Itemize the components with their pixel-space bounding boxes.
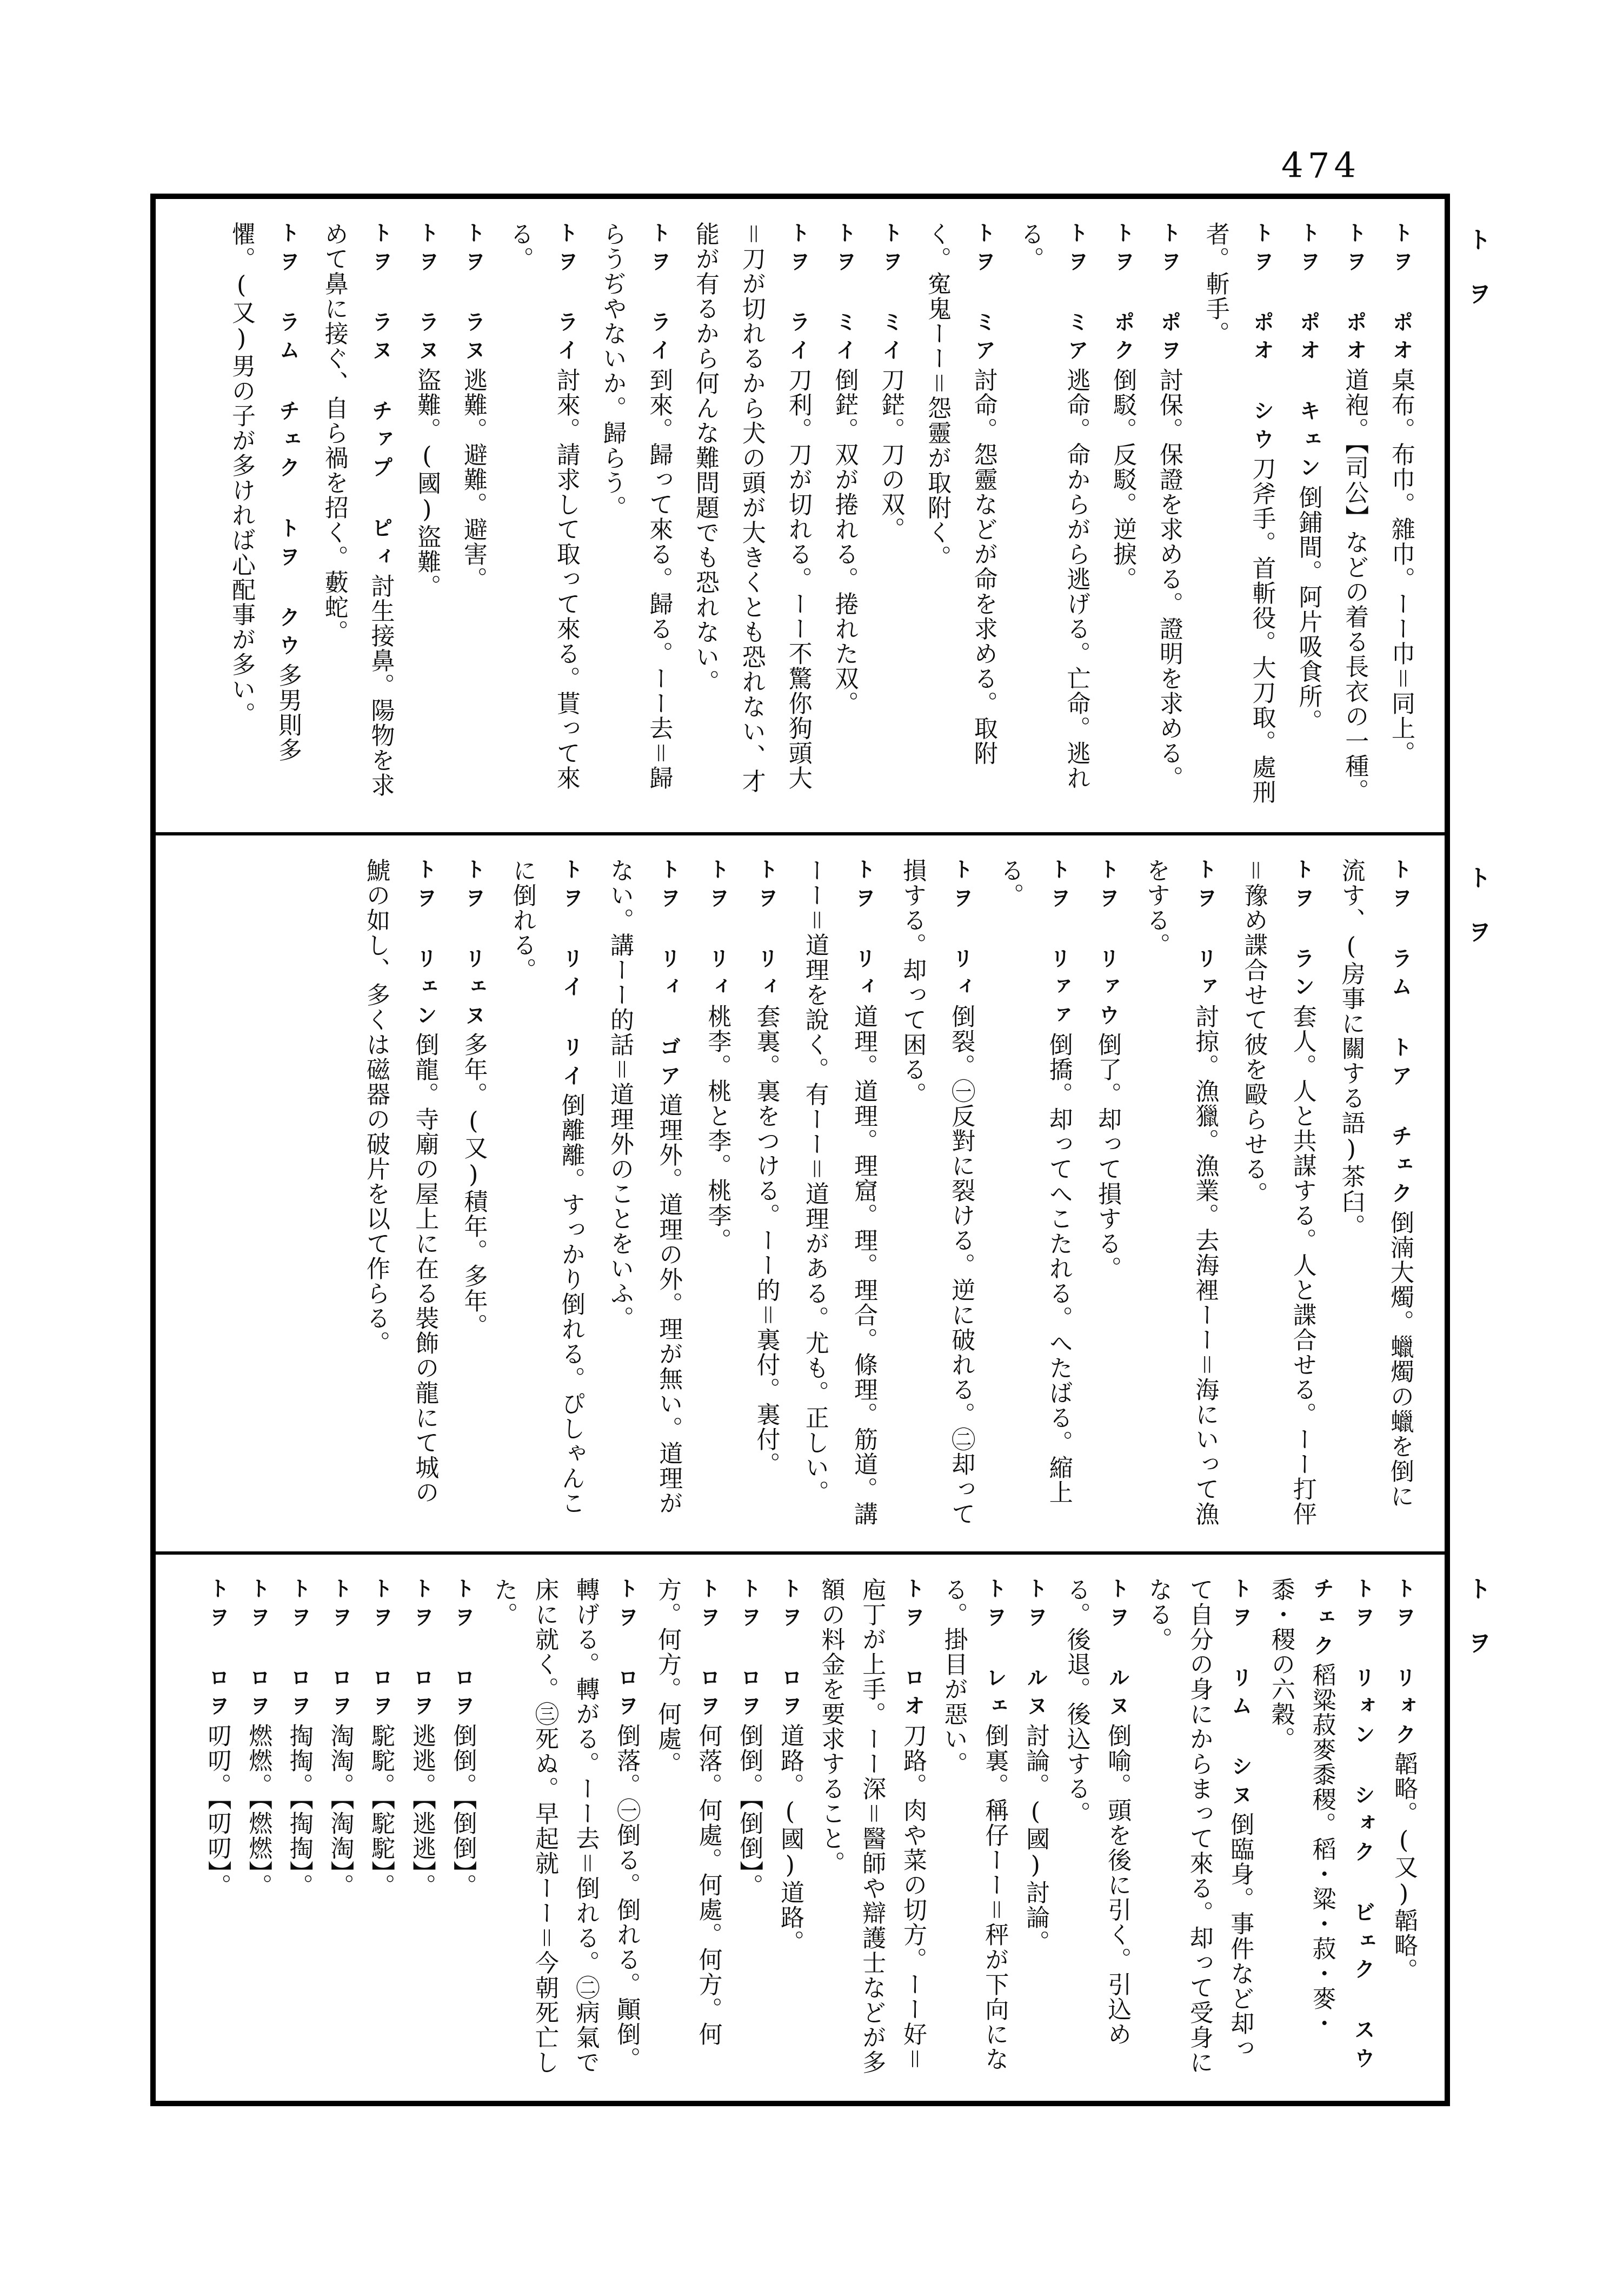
dictionary-entry: トヲ リェヌ多年。(又)積年。多年。 <box>449 858 497 1529</box>
dictionary-section-bottom: トヲ リォク韜略。(又)韜略。トヲ リォン シォク ビェク スウ チェク稻粱菽麥… <box>156 1555 1445 2106</box>
entry-headword-kana: トヲ ミイ <box>832 222 856 368</box>
entry-headword-kana: トヲ ロヲ <box>451 1577 475 1723</box>
entry-definition: 倒駁。反駁。逆捩。 <box>1109 368 1136 592</box>
entry-headword-kana: トヲ ロヲ <box>410 1577 434 1723</box>
entry-definition: 韜略。(又)韜略。 <box>1390 1752 1418 1983</box>
dictionary-entry: トヲ ミイ刀鋩。刀の双。 <box>867 222 914 809</box>
dictionary-entry: トヲ ポオ キェン倒鋪間。阿片吸食所。 <box>1285 222 1332 809</box>
entry-headword-kana: トヲ リァウ <box>1095 858 1120 1033</box>
entry-definition: 討論。(國)討論。 <box>1022 1723 1049 1955</box>
dictionary-entry: トヲ ポヲ討保。保證を求める。證明を求める。 <box>1146 222 1192 809</box>
entry-headword-kana: トヲ ラム トア チェク <box>1388 858 1412 1210</box>
entry-headword-kana: トヲ ロヲ <box>205 1577 230 1723</box>
dictionary-entry: トヲ ライ討來。請求して取って來る。貰って來る。 <box>496 222 589 809</box>
dictionary-entry: トヲ ミイ倒鋩。双が捲れる。捲れた双。 <box>821 222 868 809</box>
dictionary-entry: トヲ ロヲ倒落。㊀倒る。倒れる。顚倒。轉げる。轉がる。ーー去＝倒れる。㊁病氣で床… <box>483 1577 647 2083</box>
entry-headword-kana: トヲ ロヲ <box>696 1577 721 1723</box>
entry-headword-kana: トヲ ロヲ <box>328 1577 352 1723</box>
entry-headword-kana: トヲ ロヲ <box>778 1577 802 1723</box>
entry-definition: 叨叨。【叨叨】。 <box>204 1723 231 1899</box>
dictionary-entry: トヲ ポオ桌布。布巾。雜巾。ーー巾＝同上。 <box>1378 222 1424 809</box>
entry-headword-kana: トヲ ミア <box>972 222 996 368</box>
entry-headword-kana: トヲ ロヲ <box>369 1577 393 1723</box>
dictionary-entry: トヲ ロヲ逃逃。【逃逃】。 <box>401 1577 442 2083</box>
dictionary-entry: トヲ ラム チェク トヲ クウ多男則多懼。(又)男の子が多ければ心配事が多い。 <box>218 222 311 809</box>
dictionary-entry: トヲ ミア討命。怨靈などが命を求める。取附く。寃鬼ーー＝怨靈が取附く。 <box>914 222 1007 809</box>
entry-headword-kana: トヲ リィ <box>754 858 779 1004</box>
entry-headword-kana: トヲ ラン <box>1291 858 1315 1004</box>
entry-definition: 道路。(國)道路。 <box>776 1723 804 1955</box>
dictionary-entry: トヲ ルヌ倒喻。頭を後に引く。引込める。後退。後込する。 <box>1056 1577 1138 2083</box>
dictionary-entry: トヲ リォン シォク ビェク スウ チェク稻粱菽麥黍稷。稻・粱・菽・麥・黍・稷の… <box>1260 1577 1383 2083</box>
entry-definition: 盜難。(國)盜難。 <box>413 368 441 599</box>
entry-definition: 淘淘。【淘淘】。 <box>327 1723 354 1899</box>
entry-definition: 桃李。桃と李。桃李。 <box>703 1004 731 1253</box>
dictionary-entry: トヲ ロヲ道路。(國)道路。 <box>769 1577 810 2083</box>
dictionary-entry: トヲ ロヲ倒倒。【倒倒】。 <box>729 1577 770 2083</box>
page-number: 474 <box>1281 146 1360 186</box>
dictionary-entry: トヲ ラヌ盜難。(國)盜難。 <box>403 222 450 809</box>
entry-headword-kana: トヲ ポオ キェン <box>1296 222 1320 485</box>
entry-headword-kana: トヲ ポオ <box>1389 222 1413 368</box>
dictionary-entry: トヲ ポオ道袍。【司公】などの着る長衣の一種。 <box>1331 222 1378 809</box>
entry-headword-kana: トヲ ロオ <box>901 1577 925 1723</box>
entry-headword-kana: トヲ リム シヌ <box>1228 1577 1252 1812</box>
entry-definition: 逃逃。【逃逃】。 <box>408 1723 436 1899</box>
entry-definition: 套裏。裏をつける。ーー的＝裏付。裏付。 <box>753 1004 780 1477</box>
entry-headword-kana: トヲ ロヲ <box>287 1577 311 1723</box>
entry-definition: 倒鋩。双が捲れる。捲れた双。 <box>830 368 858 716</box>
dictionary-entry: トヲ リム シヌ倒臨身。事件など却って自分の身にからまって來る。却って受身になる… <box>1138 1577 1260 2083</box>
entry-headword-kana: トヲ ロヲ <box>737 1577 761 1723</box>
entry-headword-kana: トヲ ラヌ <box>415 222 439 368</box>
entry-headword-kana: トヲ ポヲ <box>1157 222 1181 368</box>
dictionary-entry: トヲ リォク韜略。(又)韜略。 <box>1383 1577 1424 2083</box>
dictionary-entry: トヲ レェ倒裏。稱仔ーー＝秤が下向になる。掛目が惡い。 <box>933 1577 1015 2083</box>
dictionary-entry: トヲ リィ套裏。裏をつける。ーー的＝裏付。裏付。 <box>741 858 790 1529</box>
dictionary-entry: トヲ ロヲ叨叨。【叨叨】。 <box>197 1577 238 2083</box>
dictionary-entry: トヲ リィ倒裂。㊀反對に裂ける。逆に破れる。㊁却って損する。却って困る。 <box>888 858 985 1529</box>
entry-definition: 桌布。布巾。雜巾。ーー巾＝同上。 <box>1387 368 1415 766</box>
entry-definition: 駝駝。【駝駝】。 <box>367 1723 395 1899</box>
dictionary-entry: トヲ ライ到來。歸って來る。歸る。ーー去＝歸らうぢやないか。歸らう。 <box>589 222 682 809</box>
entry-definition: 逃難。避難。避害。 <box>460 368 487 592</box>
entry-headword-kana: トヲ リイ リイ <box>559 858 583 1093</box>
dictionary-entry: トヲ リイ リイ倒離離。すっかり倒れる。ぴしゃんこに倒れる。 <box>497 858 595 1529</box>
entry-definition: 倒倒。【倒倒】。 <box>449 1723 477 1899</box>
dictionary-entry: トヲ リァウ倒了。却って損する。 <box>1083 858 1132 1529</box>
entry-headword-kana: トヲ ロヲ <box>246 1577 270 1723</box>
entry-definition: 燃燃。【燃燃】。 <box>244 1723 272 1899</box>
entry-headword-kana: トヲ ミア <box>1064 222 1088 368</box>
dictionary-content-box: トヲ ポオ桌布。布巾。雜巾。ーー巾＝同上。トヲ ポオ道袍。【司公】などの着る長衣… <box>150 194 1450 2106</box>
entry-definition: 道袍。【司公】などの着る長衣の一種。 <box>1341 368 1368 804</box>
entry-headword-kana: トヲ リォク <box>1392 1577 1416 1752</box>
margin-guide-top: トヲ <box>1460 227 1494 335</box>
margin-guide-bottom: トヲ <box>1460 1576 1494 1684</box>
entry-headword-kana: トヲ ロヲ <box>614 1577 638 1723</box>
entry-headword-kana: トヲ ラヌ <box>461 222 485 368</box>
entry-headword-kana: トヲ レェ <box>982 1577 1007 1723</box>
dictionary-entry: トヲ リァ討掠。漁獵。漁業。去海裡ーー＝海にいって漁をする。 <box>1132 858 1229 1529</box>
entry-headword-kana: トヲ ポオ シウ <box>1250 222 1274 456</box>
entry-headword-kana: トヲ リェヌ <box>461 858 485 1033</box>
entry-definition: 多年。(又)積年。多年。 <box>460 1033 487 1339</box>
dictionary-entry: トヲ リィ道理。道理。理窟。理。理合。條理。筋道。講ーー＝道理を說く。有ーー＝道… <box>790 858 888 1529</box>
dictionary-entry: トヲ リィ桃李。桃と李。桃李。 <box>693 858 741 1529</box>
margin-guide-middle: トヲ <box>1460 865 1494 973</box>
entry-headword-kana: トヲ リァァ <box>1047 858 1071 1033</box>
entry-headword-kana: トヲ リェン <box>413 858 437 1033</box>
dictionary-entry: トヲ ロヲ淘淘。【淘淘】。 <box>320 1577 361 2083</box>
entry-definition: 討保。保證を求める。證明を求める。 <box>1155 368 1183 791</box>
entry-headword-kana: トヲ ルヌ <box>1105 1577 1129 1723</box>
entry-headword-kana: トヲ ライ <box>647 222 671 368</box>
dictionary-page-scan: { "page": { "number": "474", "margin_gui… <box>0 0 1623 2296</box>
entry-headword-kana: トヲ ポオ <box>1342 222 1367 368</box>
entry-definition: 倒鋪間。阿片吸食所。 <box>1294 485 1322 734</box>
entry-headword-kana: トヲ ライ <box>786 222 810 368</box>
entry-headword-kana: トヲ ミイ <box>879 222 903 368</box>
dictionary-entry: トヲ リェン倒龍。寺廟の屋上に在る裝飾の龍にて城の鯱の如し、多くは磁器の破片を以… <box>351 858 449 1529</box>
entry-headword-kana: トヲ ライ <box>554 222 578 368</box>
dictionary-entry: トヲ ロヲ駝駝。【駝駝】。 <box>361 1577 402 2083</box>
entry-headword-kana: トヲ ラヌ チァプ ピィ <box>368 222 393 574</box>
dictionary-entry: トヲ ラム トア チェク倒湳大燭。蠟燭の蠟を倒に流す、(房事に關する語)茶臼。 <box>1327 858 1424 1529</box>
dictionary-section-middle: トヲ ラム トア チェク倒湳大燭。蠟燭の蠟を倒に流す、(房事に關する語)茶臼。ト… <box>156 835 1445 1551</box>
dictionary-entry: トヲ ルヌ討論。(國)討論。 <box>1015 1577 1056 2083</box>
entry-headword-kana: トヲ リィ ゴア <box>656 858 681 1093</box>
dictionary-entry: トヲ ポク倒駁。反駁。逆捩。 <box>1099 222 1146 809</box>
dictionary-entry: トヲ ライ刀利。刀が切れる。ーー不驚你狗頭大＝刀が切れるから犬の頭が大きくとも恐… <box>682 222 821 809</box>
dictionary-entry: トヲ ラヌ逃難。避難。避害。 <box>450 222 496 809</box>
dictionary-entry: トヲ ロヲ燃燃。【燃燃】。 <box>238 1577 279 2083</box>
entry-headword-kana: トヲ リァ <box>1193 858 1217 1004</box>
dictionary-entry: トヲ ポオ シウ刀斧手。首斬役。大刀取。處刑者。斬手。 <box>1192 222 1285 809</box>
entry-headword-kana: トヲ リィ <box>852 858 876 1004</box>
dictionary-entry: トヲ ロオ刀路。肉や菜の切方。ーー好＝庖丁が上手。ーー深＝醫師や辯護士などが多額… <box>810 1577 933 2083</box>
dictionary-entry: トヲ リァァ倒撟。却ってへこたれる。へたばる。縮上る。 <box>985 858 1082 1529</box>
entry-definition: 掏掏。【掏掏】。 <box>285 1723 313 1899</box>
dictionary-entry: トヲ リィ ゴア道理外。道理の外。理が無い。道理がない。講ーー的話＝道理外のこと… <box>595 858 693 1529</box>
entry-headword-kana: トヲ リィ <box>705 858 729 1004</box>
dictionary-entry: トヲ ラヌ チァプ ピィ討生接鼻。陽物を求めて鼻に接ぐ、自ら禍を招く。藪蛇。 <box>311 222 404 809</box>
dictionary-entry: トヲ ラン套人。人と共謀する。人と諜合せる。ーー打伻＝豫め諜合せて彼を毆らせる。 <box>1229 858 1326 1529</box>
entry-definition: 倒倒。【倒倒】。 <box>735 1723 763 1899</box>
dictionary-entry: トヲ ロヲ掏掏。【掏掏】。 <box>278 1577 320 2083</box>
dictionary-entry: トヲ ロヲ倒倒。【倒倒】。 <box>442 1577 483 2083</box>
entry-definition: 刀鋩。刀の双。 <box>877 368 904 542</box>
dictionary-section-top: トヲ ポオ桌布。布巾。雜巾。ーー巾＝同上。トヲ ポオ道袍。【司公】などの着る長衣… <box>156 199 1445 832</box>
entry-definition: 倒了。却って損する。 <box>1094 1033 1121 1282</box>
dictionary-entry: トヲ ロヲ何落。何處。何處。何方。何方。何方。何處。 <box>647 1577 728 2083</box>
entry-headword-kana: トヲ リィ <box>949 858 973 1004</box>
entry-headword-kana: トヲ ラム チェク トヲ クウ <box>276 222 300 663</box>
entry-headword-kana: トヲ ポク <box>1110 222 1135 368</box>
entry-headword-kana: トヲ ルヌ <box>1023 1577 1048 1723</box>
dictionary-entry: トヲ ミア逃命。命からがら逃げる。亡命。逃れる。 <box>1007 222 1100 809</box>
